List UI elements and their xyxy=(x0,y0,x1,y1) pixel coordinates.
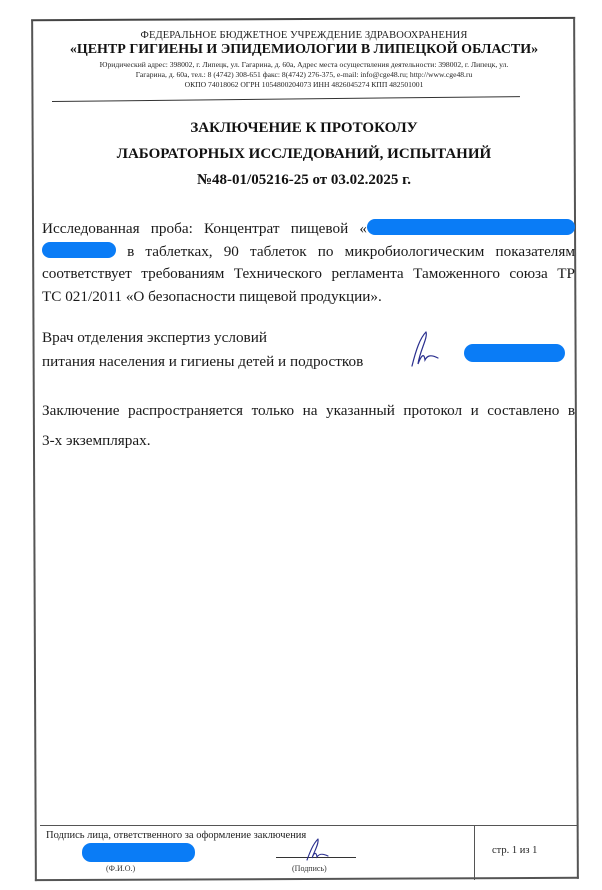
doctor-signature-icon xyxy=(408,330,442,368)
note-paragraph: Заключение распространяется только на ук… xyxy=(42,396,575,456)
page-indicator: стр. 1 из 1 xyxy=(492,845,537,856)
conclusion-line-3: соответствует требованиям Технического р… xyxy=(42,263,575,286)
responsible-label: Подпись лица, ответственного за оформлен… xyxy=(46,830,306,841)
org-codes: ОКПО 74018062 ОГРН 1054800204073 ИНН 482… xyxy=(34,80,574,90)
note-line-2: 3-х экземплярах. xyxy=(42,426,575,456)
doctor-position-line1: Врач отделения экспертиз условий xyxy=(42,327,363,349)
org-name: «ЦЕНТР ГИГИЕНЫ И ЭПИДЕМИОЛОГИИ В ЛИПЕЦКО… xyxy=(34,42,574,58)
redaction-responsible-name xyxy=(82,843,195,862)
conclusion-paragraph: Исследованная проба: Концентрат пищевой … xyxy=(42,218,575,308)
redaction-product-name xyxy=(367,219,575,235)
doctor-position-line2: питания населения и гигиены детей и подр… xyxy=(42,351,363,373)
document-subtitle: ЛАБОРАТОРНЫХ ИССЛЕДОВАНИЙ, ИСПЫТАНИЙ xyxy=(34,146,574,163)
footer-divider xyxy=(40,825,578,826)
redaction-product-name-cont xyxy=(42,242,116,258)
document-title: ЗАКЛЮЧЕНИЕ К ПРОТОКОЛУ xyxy=(34,120,574,137)
protocol-number: №48-01/05216-25 от 03.02.2025 г. xyxy=(34,172,574,189)
conclusion-line-4: ТС 021/2011 «О безопасности пищевой прод… xyxy=(42,286,575,309)
signature-caption: (Подпись) xyxy=(292,864,327,873)
responsible-signature-icon xyxy=(304,838,330,862)
note-line-1: Заключение распространяется только на ук… xyxy=(42,396,575,426)
org-type: ФЕДЕРАЛЬНОЕ БЮДЖЕТНОЕ УЧРЕЖДЕНИЕ ЗДРАВОО… xyxy=(34,30,574,41)
redaction-doctor-name xyxy=(464,344,565,362)
org-address-line2: Гагарина, д. 60а, тел.: 8 (4742) 308-651… xyxy=(34,70,574,80)
conclusion-line-2: в таблетках, 90 таблеток по микробиологи… xyxy=(42,241,575,264)
org-address-line1: Юридический адрес: 398002, г. Липецк, ул… xyxy=(34,60,574,70)
conclusion-line-1: Исследованная проба: Концентрат пищевой … xyxy=(42,218,575,241)
fio-caption: (Ф.И.О.) xyxy=(106,864,135,873)
doctor-position: Врач отделения экспертиз условий питания… xyxy=(42,327,363,373)
footer-column-divider xyxy=(474,825,475,880)
